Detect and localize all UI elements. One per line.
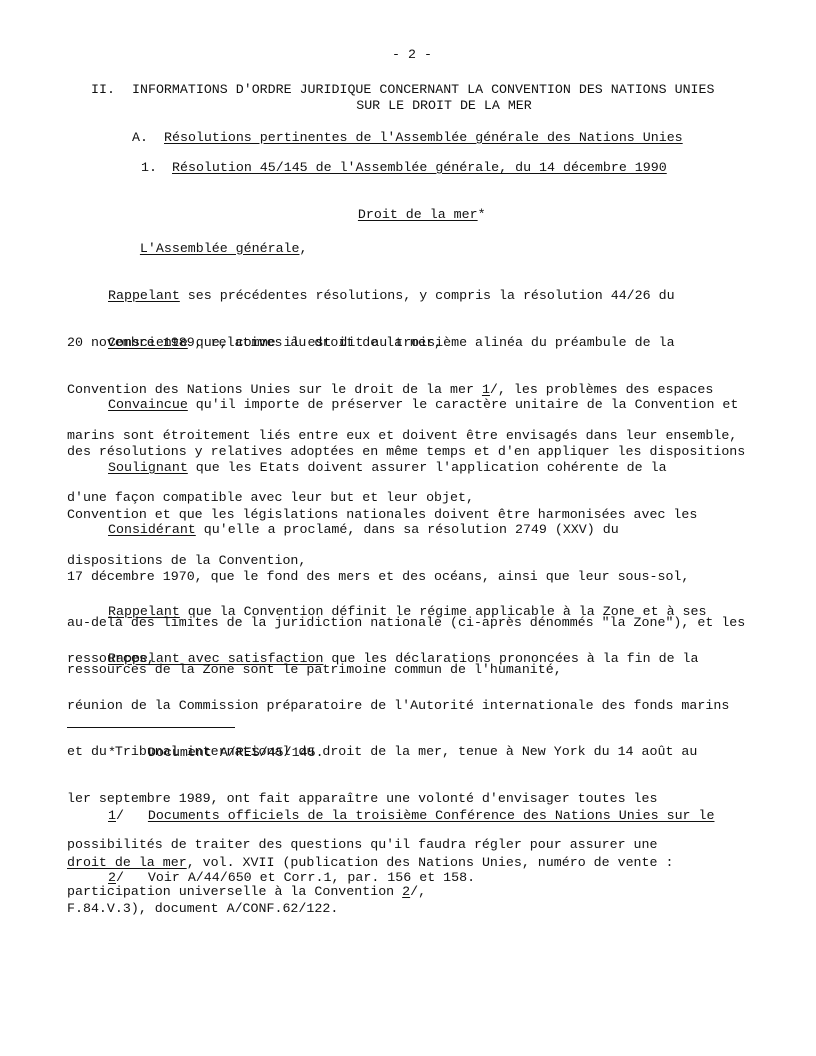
footnote-2: 2/ Voir A/44/650 et Corr.1, par. 156 et … — [67, 839, 757, 917]
section-title-line2: SUR LE DROIT DE LA MER — [99, 98, 789, 114]
resolution-title: Droit de la mer* — [326, 191, 486, 238]
paragraph-keyword: Considérant — [108, 522, 196, 537]
footnote-separator — [67, 727, 235, 728]
opening-tail: , — [300, 241, 308, 256]
paragraph-text: qu'il importe de préserver le caractère … — [188, 397, 739, 412]
paragraph-text: que, comme il est dit au troisième aliné… — [188, 335, 675, 350]
paragraph-keyword: Rappelant — [108, 288, 180, 303]
footnote-2-number: 2 — [108, 870, 116, 885]
footnote-1-number: 1 — [108, 808, 116, 823]
opening-subject: L'Assemblée générale — [140, 241, 300, 256]
resolution-title-text: Droit de la mer — [358, 207, 478, 222]
item-title: Résolution 45/145 de l'Assemblée général… — [172, 160, 667, 176]
footnote-2-text: Voir A/44/650 et Corr.1, par. 156 et 158… — [148, 870, 475, 885]
footnote-asterisk-text: Document A/RES/45/145. — [148, 745, 324, 761]
subsection-title: Résolutions pertinentes de l'Assemblée g… — [164, 130, 683, 146]
paragraph-text: que les Etats doivent assurer l'applicat… — [188, 460, 667, 475]
paragraph-text: que les déclarations prononcées à la fin… — [323, 651, 698, 666]
paragraph-text: que la Convention définit le régime appl… — [180, 604, 707, 619]
paragraph-keyword: Rappelant avec satisfaction — [108, 651, 323, 666]
footnote-2-slash: / — [116, 870, 124, 885]
paragraph-keyword: Soulignant — [108, 460, 188, 475]
paragraph-text: réunion de la Commission préparatoire de… — [67, 698, 757, 714]
paragraph-keyword: Rappelant — [108, 604, 180, 619]
paragraph-text: qu'elle a proclamé, dans sa résolution 2… — [196, 522, 619, 537]
page-number: - 2 - — [67, 47, 757, 63]
resolution-title-asterisk: * — [478, 207, 486, 222]
subsection-letter: A. — [132, 130, 148, 146]
section-number: II. — [91, 82, 115, 98]
paragraph-keyword: Convaincue — [108, 397, 188, 412]
footnote-1-title: Documents officiels de la troisième Conf… — [148, 808, 715, 823]
footnote-1-slash: / — [116, 808, 124, 823]
paragraph-keyword: Consciente — [108, 335, 188, 350]
item-number: 1. — [141, 160, 157, 176]
footnote-asterisk-marker: * — [108, 745, 116, 761]
section-title-line1: INFORMATIONS D'ORDRE JURIDIQUE CONCERNAN… — [132, 82, 715, 98]
paragraph-text: ses précédentes résolutions, y compris l… — [180, 288, 675, 303]
